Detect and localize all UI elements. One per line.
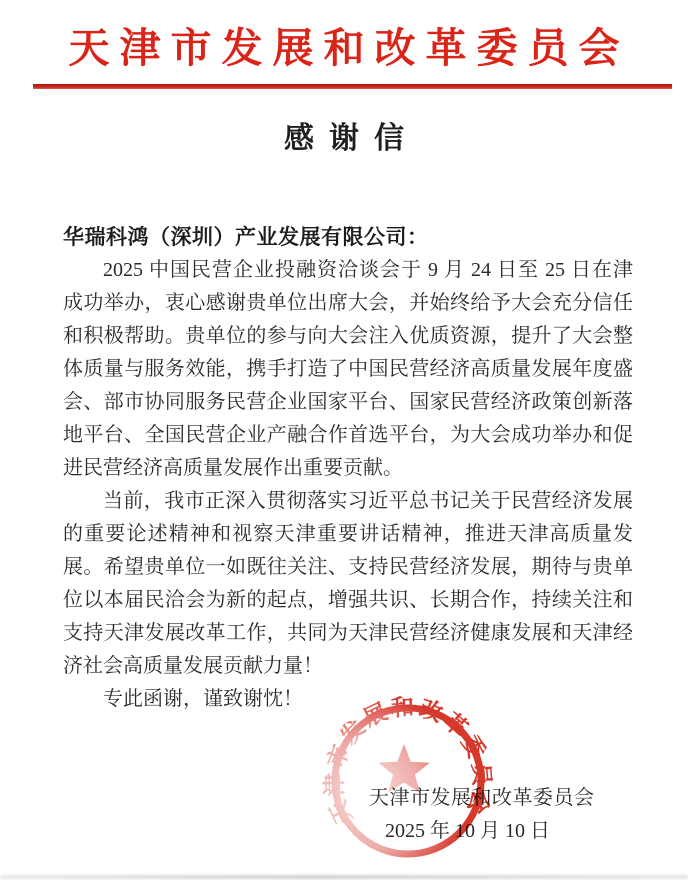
paragraph-1: 2025 中国民营企业投融资洽谈会于 9 月 24 日至 25 日在津 成功举办… bbox=[63, 254, 633, 485]
body-line: 支持天津发展改革工作，共同为天津民营经济健康发展和天津经 bbox=[63, 617, 633, 650]
body-line: 会、部市协同服务民营企业国家平台、国家民营经济政策创新落 bbox=[63, 386, 633, 419]
letterhead-org-name: 天津市发展和改革委员会 bbox=[0, 0, 688, 74]
body-line: 位以本届民洽会为新的起点，增强共识、长期合作，持续关注和 bbox=[63, 584, 633, 617]
body-line: 和积极帮助。贵单位的参与向大会注入优质资源，提升了大会整 bbox=[63, 320, 633, 353]
body-line: 当前，我市正深入贯彻落实习近平总书记关于民营经济发展 bbox=[63, 485, 633, 518]
paragraph-2: 当前，我市正深入贯彻落实习近平总书记关于民营经济发展 的重要论述精神和视察天津重… bbox=[63, 485, 633, 683]
letter-page: 天津市发展和改革委员会 感谢信 华瑞科鸿（深圳）产业发展有限公司： 2025 中… bbox=[0, 0, 688, 880]
letterhead-rule bbox=[33, 84, 672, 89]
body-line: 的重要论述精神和视察天津重要讲话精神，推进天津高质量发 bbox=[63, 518, 633, 551]
scan-artifact bbox=[0, 875, 688, 879]
body-line: 进民营经济高质量发展作出重要贡献。 bbox=[63, 452, 633, 485]
letter-title: 感谢信 bbox=[0, 122, 688, 155]
body-line: 展。希望贵单位一如既往关注、支持民营经济发展，期待与贵单 bbox=[63, 551, 633, 584]
body-line: 地平台、全国民营企业产融合作首选平台，为大会成功举办和促 bbox=[63, 419, 633, 452]
body-line: 成功举办，衷心感谢贵单位出席大会，并始终给予大会充分信任 bbox=[63, 287, 633, 320]
body-line: 济社会高质量发展贡献力量！ bbox=[63, 650, 633, 683]
seal-star-icon bbox=[378, 744, 429, 793]
recipient-line: 华瑞科鸿（深圳）产业发展有限公司： bbox=[63, 221, 633, 254]
official-seal: 天津市发展和改革委员会 bbox=[322, 695, 494, 867]
body-line: 体质量与服务效能，携手打造了中国民营经济高质量发展年度盛 bbox=[63, 353, 633, 386]
body-line: 2025 中国民营企业投融资洽谈会于 9 月 24 日至 25 日在津 bbox=[63, 254, 633, 287]
